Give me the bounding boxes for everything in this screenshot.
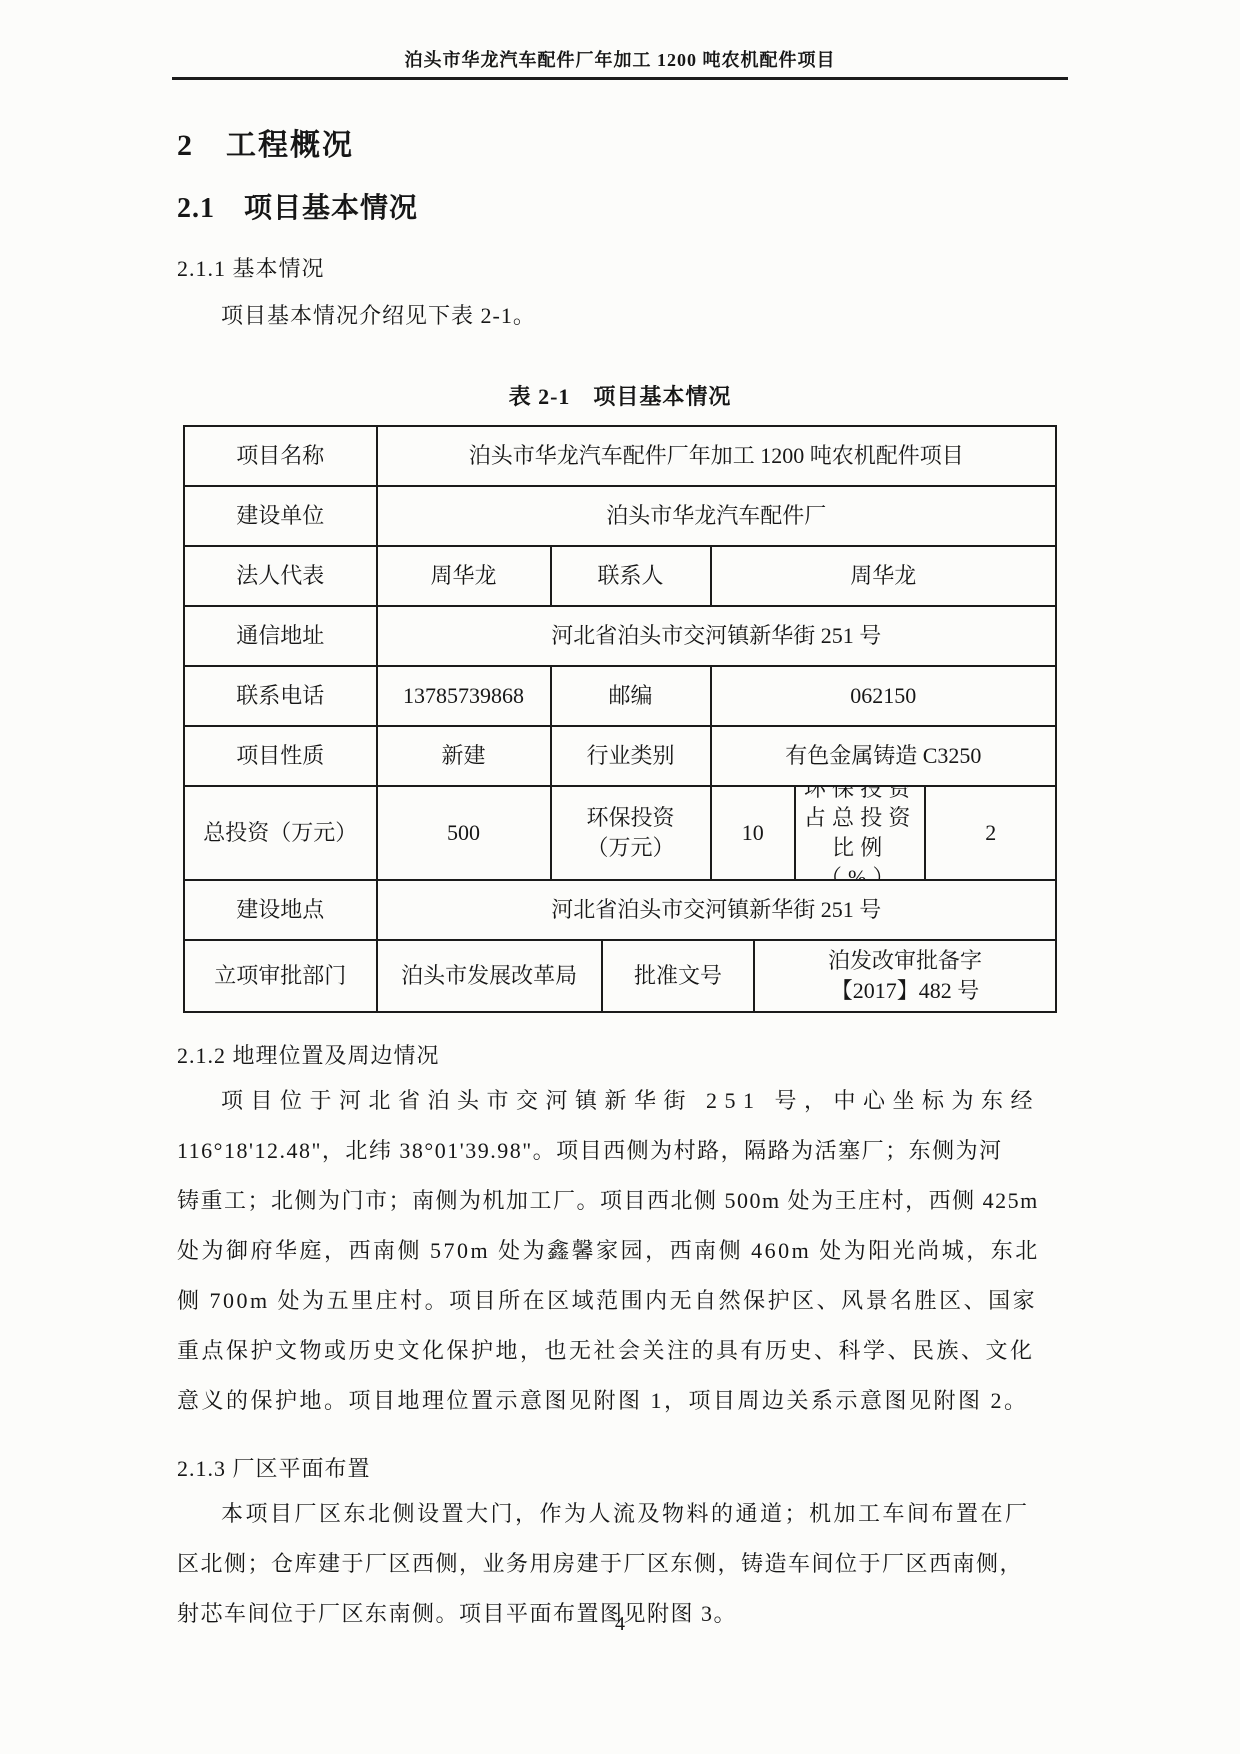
project-nature-value: 新建 bbox=[376, 727, 550, 785]
construction-site-value: 河北省泊头市交河镇新华街 251 号 bbox=[376, 881, 1055, 939]
heading-section-2-1: 2.1 项目基本情况 bbox=[177, 186, 1063, 226]
heading-sub-2-1-1: 2.1.1 基本情况 bbox=[177, 252, 1063, 283]
env-investment-value: 10 bbox=[710, 787, 794, 879]
geo-paragraph-line: 重点保护文物或历史文化保护地，也无社会关注的具有历史、科学、民族、文化 bbox=[177, 1326, 1063, 1376]
total-investment-value: 500 bbox=[376, 787, 550, 879]
construction-unit-label: 建设单位 bbox=[185, 487, 376, 545]
table-row-phone: 联系电话 13785739868 邮编 062150 bbox=[185, 665, 1055, 725]
table-row-investment: 总投资（万元） 500 环保投资 （万元） 10 环保投资 占总投资 比例（%）… bbox=[185, 785, 1055, 879]
mailing-address-label: 通信地址 bbox=[185, 607, 376, 665]
document-page: 泊头市华龙汽车配件厂年加工 1200 吨农机配件项目 2 工程概况 2.1 项目… bbox=[0, 0, 1240, 1754]
page-content: 2 工程概况 2.1 项目基本情况 2.1.1 基本情况 项目基本情况介绍见下表… bbox=[177, 120, 1063, 1639]
geo-paragraph-line: 处为御府华庭，西南侧 570m 处为鑫馨家园，西南侧 460m 处为阳光尚城，东… bbox=[177, 1226, 1063, 1276]
geo-paragraph-line: 铸重工；北侧为门市；南侧为机加工厂。项目西北侧 500m 处为王庄村，西侧 42… bbox=[177, 1176, 1063, 1226]
table-row-project-name: 项目名称 泊头市华龙汽车配件厂年加工 1200 吨农机配件项目 bbox=[185, 427, 1055, 485]
intro-text: 项目基本情况介绍见下表 2-1。 bbox=[177, 299, 1063, 330]
table-row-construction-unit: 建设单位 泊头市华龙汽车配件厂 bbox=[185, 485, 1055, 545]
geo-paragraph: 项目位于河北省泊头市交河镇新华街 251 号，中心坐标为东经 116°18'12… bbox=[177, 1076, 1063, 1426]
total-investment-label: 总投资（万元） bbox=[185, 787, 376, 879]
table-row-construction-site: 建设地点 河北省泊头市交河镇新华街 251 号 bbox=[185, 879, 1055, 939]
geo-paragraph-line: 侧 700m 处为五里庄村。项目所在区域范围内无自然保护区、风景名胜区、国家 bbox=[177, 1276, 1063, 1326]
header-title: 泊头市华龙汽车配件厂年加工 1200 吨农机配件项目 bbox=[172, 46, 1068, 72]
table-row-legal-representative: 法人代表 周华龙 联系人 周华龙 bbox=[185, 545, 1055, 605]
table-caption: 表 2-1 项目基本情况 bbox=[177, 380, 1063, 411]
contact-person-value: 周华龙 bbox=[710, 547, 1055, 605]
table-row-approval: 立项审批部门 泊头市发展改革局 批准文号 泊发改审批备字 【2017】482 号 bbox=[185, 939, 1055, 1011]
project-info-table: 项目名称 泊头市华龙汽车配件厂年加工 1200 吨农机配件项目 建设单位 泊头市… bbox=[183, 425, 1057, 1013]
header-rule bbox=[172, 77, 1068, 80]
env-investment-ratio-value: 2 bbox=[924, 787, 1055, 879]
heading-sub-2-1-3: 2.1.3 厂区平面布置 bbox=[177, 1452, 1063, 1483]
project-name-value: 泊头市华龙汽车配件厂年加工 1200 吨农机配件项目 bbox=[376, 427, 1055, 485]
mailing-address-value: 河北省泊头市交河镇新华街 251 号 bbox=[376, 607, 1055, 665]
project-name-label: 项目名称 bbox=[185, 427, 376, 485]
approval-department-value: 泊头市发展改革局 bbox=[376, 941, 601, 1011]
approval-doc-label: 批准文号 bbox=[601, 941, 753, 1011]
env-investment-ratio-label: 环保投资 占总投资 比例（%） bbox=[794, 787, 925, 879]
industry-category-value: 有色金属铸造 C3250 bbox=[710, 727, 1055, 785]
plant-layout-line: 本项目厂区东北侧设置大门，作为人流及物料的通道；机加工车间布置在厂 bbox=[177, 1489, 1063, 1539]
heading-chapter-2: 2 工程概况 bbox=[177, 120, 1063, 164]
table-row-mailing-address: 通信地址 河北省泊头市交河镇新华街 251 号 bbox=[185, 605, 1055, 665]
page-number: 4 bbox=[0, 1613, 1240, 1636]
plant-layout-line: 区北侧；仓库建于厂区西侧，业务用房建于厂区东侧，铸造车间位于厂区西南侧， bbox=[177, 1539, 1063, 1589]
postcode-value: 062150 bbox=[710, 667, 1055, 725]
geo-paragraph-line: 意义的保护地。项目地理位置示意图见附图 1，项目周边关系示意图见附图 2。 bbox=[177, 1376, 1063, 1426]
page-header: 泊头市华龙汽车配件厂年加工 1200 吨农机配件项目 bbox=[172, 0, 1068, 80]
construction-site-label: 建设地点 bbox=[185, 881, 376, 939]
approval-department-label: 立项审批部门 bbox=[185, 941, 376, 1011]
postcode-label: 邮编 bbox=[550, 667, 710, 725]
phone-label: 联系电话 bbox=[185, 667, 376, 725]
phone-value: 13785739868 bbox=[376, 667, 550, 725]
heading-sub-2-1-2: 2.1.2 地理位置及周边情况 bbox=[177, 1039, 1063, 1070]
approval-doc-value: 泊发改审批备字 【2017】482 号 bbox=[753, 941, 1055, 1011]
legal-representative-label: 法人代表 bbox=[185, 547, 376, 605]
construction-unit-value: 泊头市华龙汽车配件厂 bbox=[376, 487, 1055, 545]
legal-representative-value: 周华龙 bbox=[376, 547, 550, 605]
env-investment-label: 环保投资 （万元） bbox=[550, 787, 710, 879]
table-row-project-nature: 项目性质 新建 行业类别 有色金属铸造 C3250 bbox=[185, 725, 1055, 785]
geo-paragraph-line: 116°18'12.48"，北纬 38°01'39.98"。项目西侧为村路，隔路… bbox=[177, 1126, 1063, 1176]
industry-category-label: 行业类别 bbox=[550, 727, 710, 785]
project-nature-label: 项目性质 bbox=[185, 727, 376, 785]
contact-person-label: 联系人 bbox=[550, 547, 710, 605]
geo-paragraph-line: 项目位于河北省泊头市交河镇新华街 251 号，中心坐标为东经 bbox=[177, 1076, 1063, 1126]
